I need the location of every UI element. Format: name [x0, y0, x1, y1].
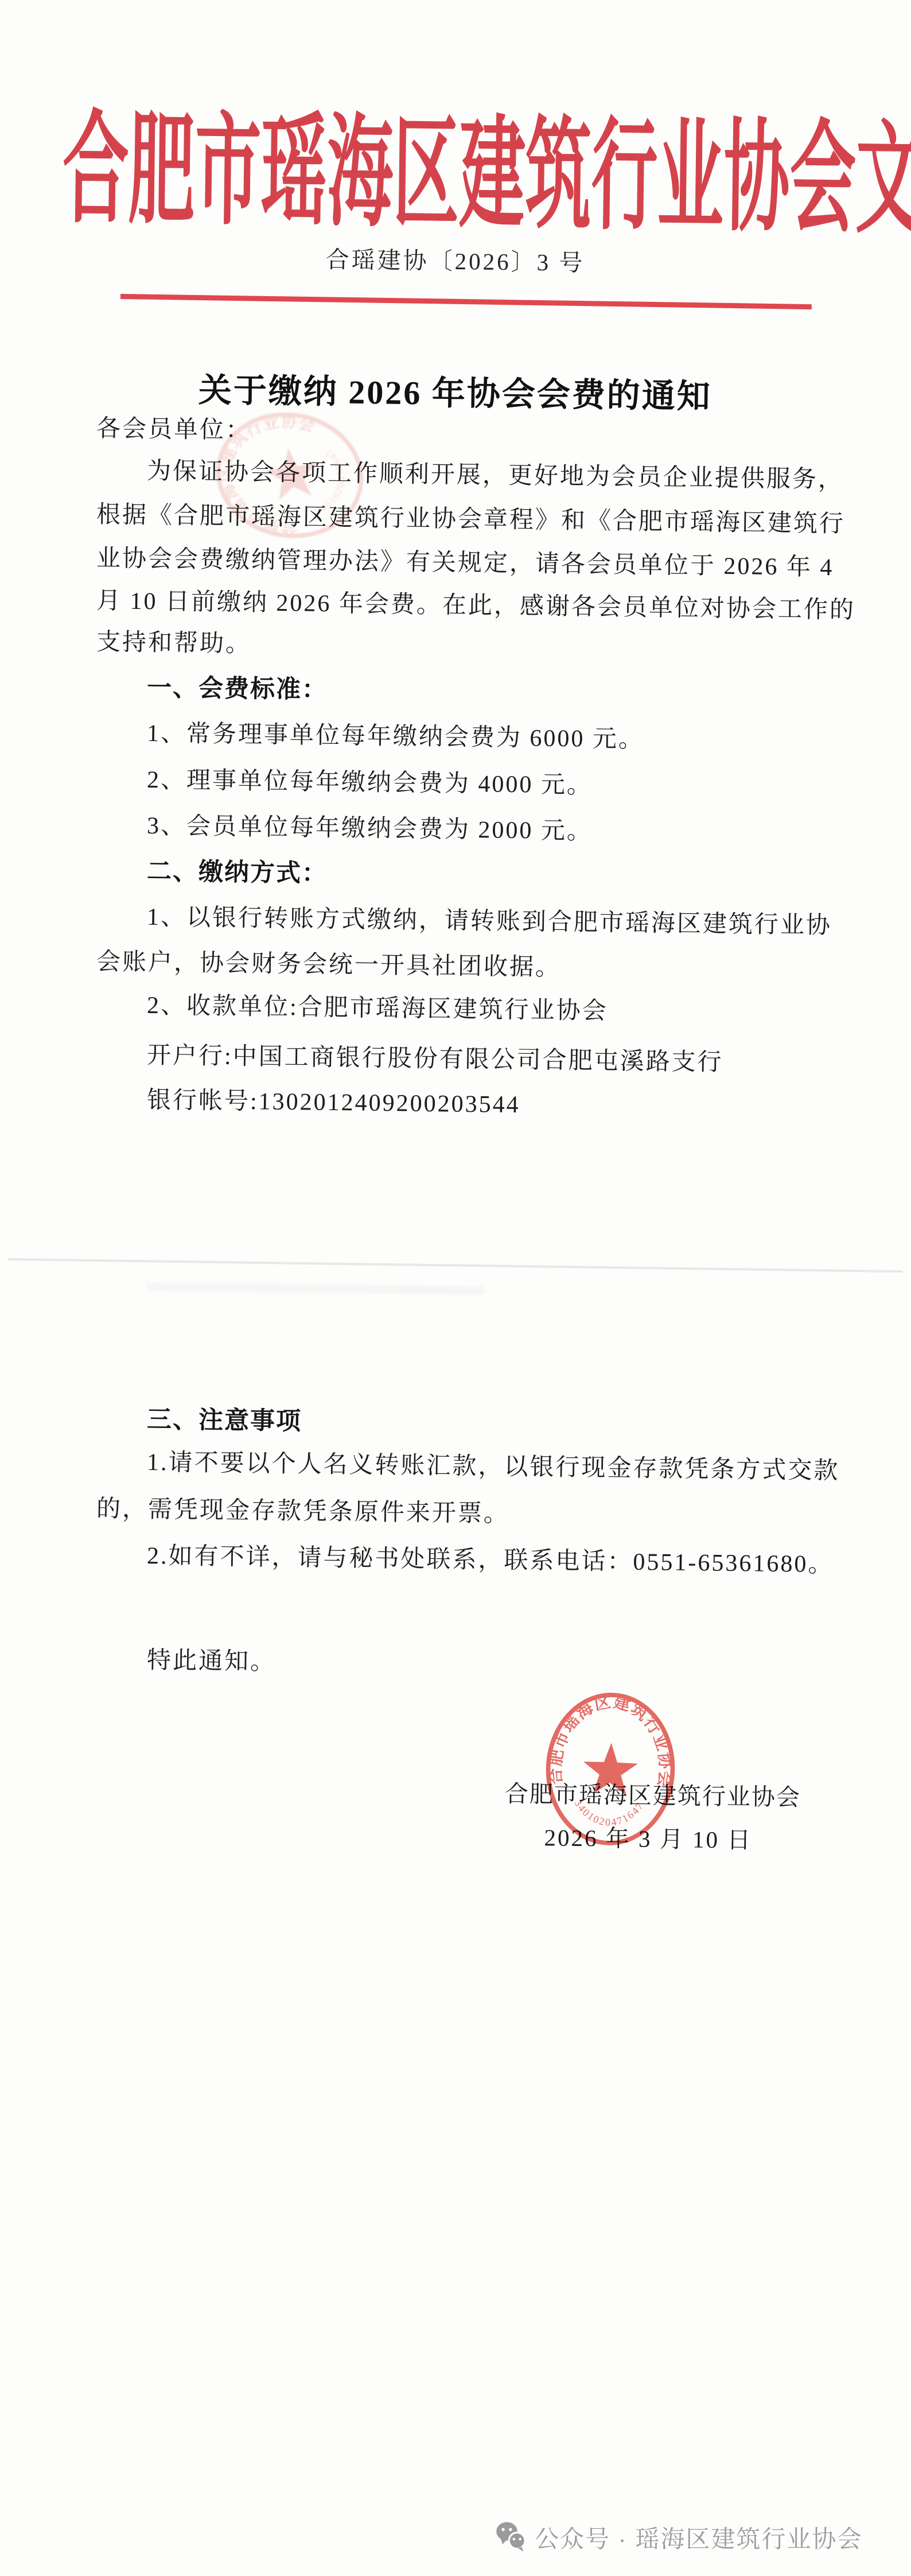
- letterhead-org-title: 合肥市瑶海区建筑行业协会文件: [61, 72, 847, 255]
- payment-line: 会账户，协会财务会统一开具社团收据。: [96, 950, 561, 980]
- payment-line: 1、以银行转账方式缴纳，请转账到合肥市瑶海区建筑行业协: [147, 905, 832, 938]
- note-line: 的，需凭现金存款凭条原件来开票。: [96, 1497, 509, 1526]
- fee-item-2: 2、理事单位每年缴纳会费为 4000 元。: [147, 768, 593, 798]
- closing-line: 特此通知。: [147, 1648, 277, 1674]
- page-crease-line: [8, 1258, 903, 1273]
- fee-item-1: 1、常务理事单位每年缴纳会费为 6000 元。: [147, 721, 644, 752]
- body-line: 支持和帮助。: [96, 630, 252, 656]
- svg-text:3401020471647: 3401020471647: [571, 1797, 647, 1829]
- bank-account-line: 银行帐号:1302012409200203544: [147, 1088, 520, 1117]
- note-line: 2.如有不详，请与秘书处联系，联系电话：0551-65361680。: [147, 1544, 834, 1577]
- official-seal: 合肥市瑶海区建筑行业协会 3401020471647: [534, 1678, 688, 1861]
- section-heading-2: 二、缴纳方式：: [147, 859, 328, 886]
- payee-line: 2、收款单位:合肥市瑶海区建筑行业协会: [147, 994, 608, 1023]
- scanned-document-page: 合肥市瑶海区建筑行业协会文件 合瑶建协〔2026〕3 号 关于缴纳 2026 年…: [0, 0, 911, 2576]
- wechat-icon: [495, 2521, 528, 2554]
- section-heading-3: 三、注意事项: [147, 1407, 302, 1434]
- body-line: 月 10 日前缴纳 2026 年会费。在此，感谢各会员单位对协会工作的: [96, 589, 855, 623]
- section-heading-1: 一、会费标准：: [147, 676, 328, 703]
- salutation-line: 各会员单位：: [96, 417, 252, 443]
- red-separator-rule: [120, 294, 812, 309]
- seal-code-number: 3401020471647: [571, 1797, 647, 1829]
- bank-name-line: 开户行:中国工商银行股份有限公司合肥屯溪路支行: [147, 1043, 723, 1075]
- ink-bleed-smudge: [146, 1282, 485, 1294]
- notice-title: 关于缴纳 2026 年协会会费的通知: [0, 360, 911, 420]
- body-line: 业协会会费缴纳管理办法》有关规定，请各会员单位于 2026 年 4: [96, 546, 834, 580]
- fee-item-3: 3、会员单位每年缴纳会费为 2000 元。: [147, 814, 593, 844]
- watermark-label: 公众号 · 瑶海区建筑行业协会: [535, 2520, 862, 2555]
- note-line: 1.请不要以个人名义转账汇款，以银行现金存款凭条方式交款: [147, 1450, 840, 1483]
- seal-star: [582, 1742, 639, 1795]
- wechat-public-account-watermark: 公众号 · 瑶海区建筑行业协会: [495, 2520, 862, 2555]
